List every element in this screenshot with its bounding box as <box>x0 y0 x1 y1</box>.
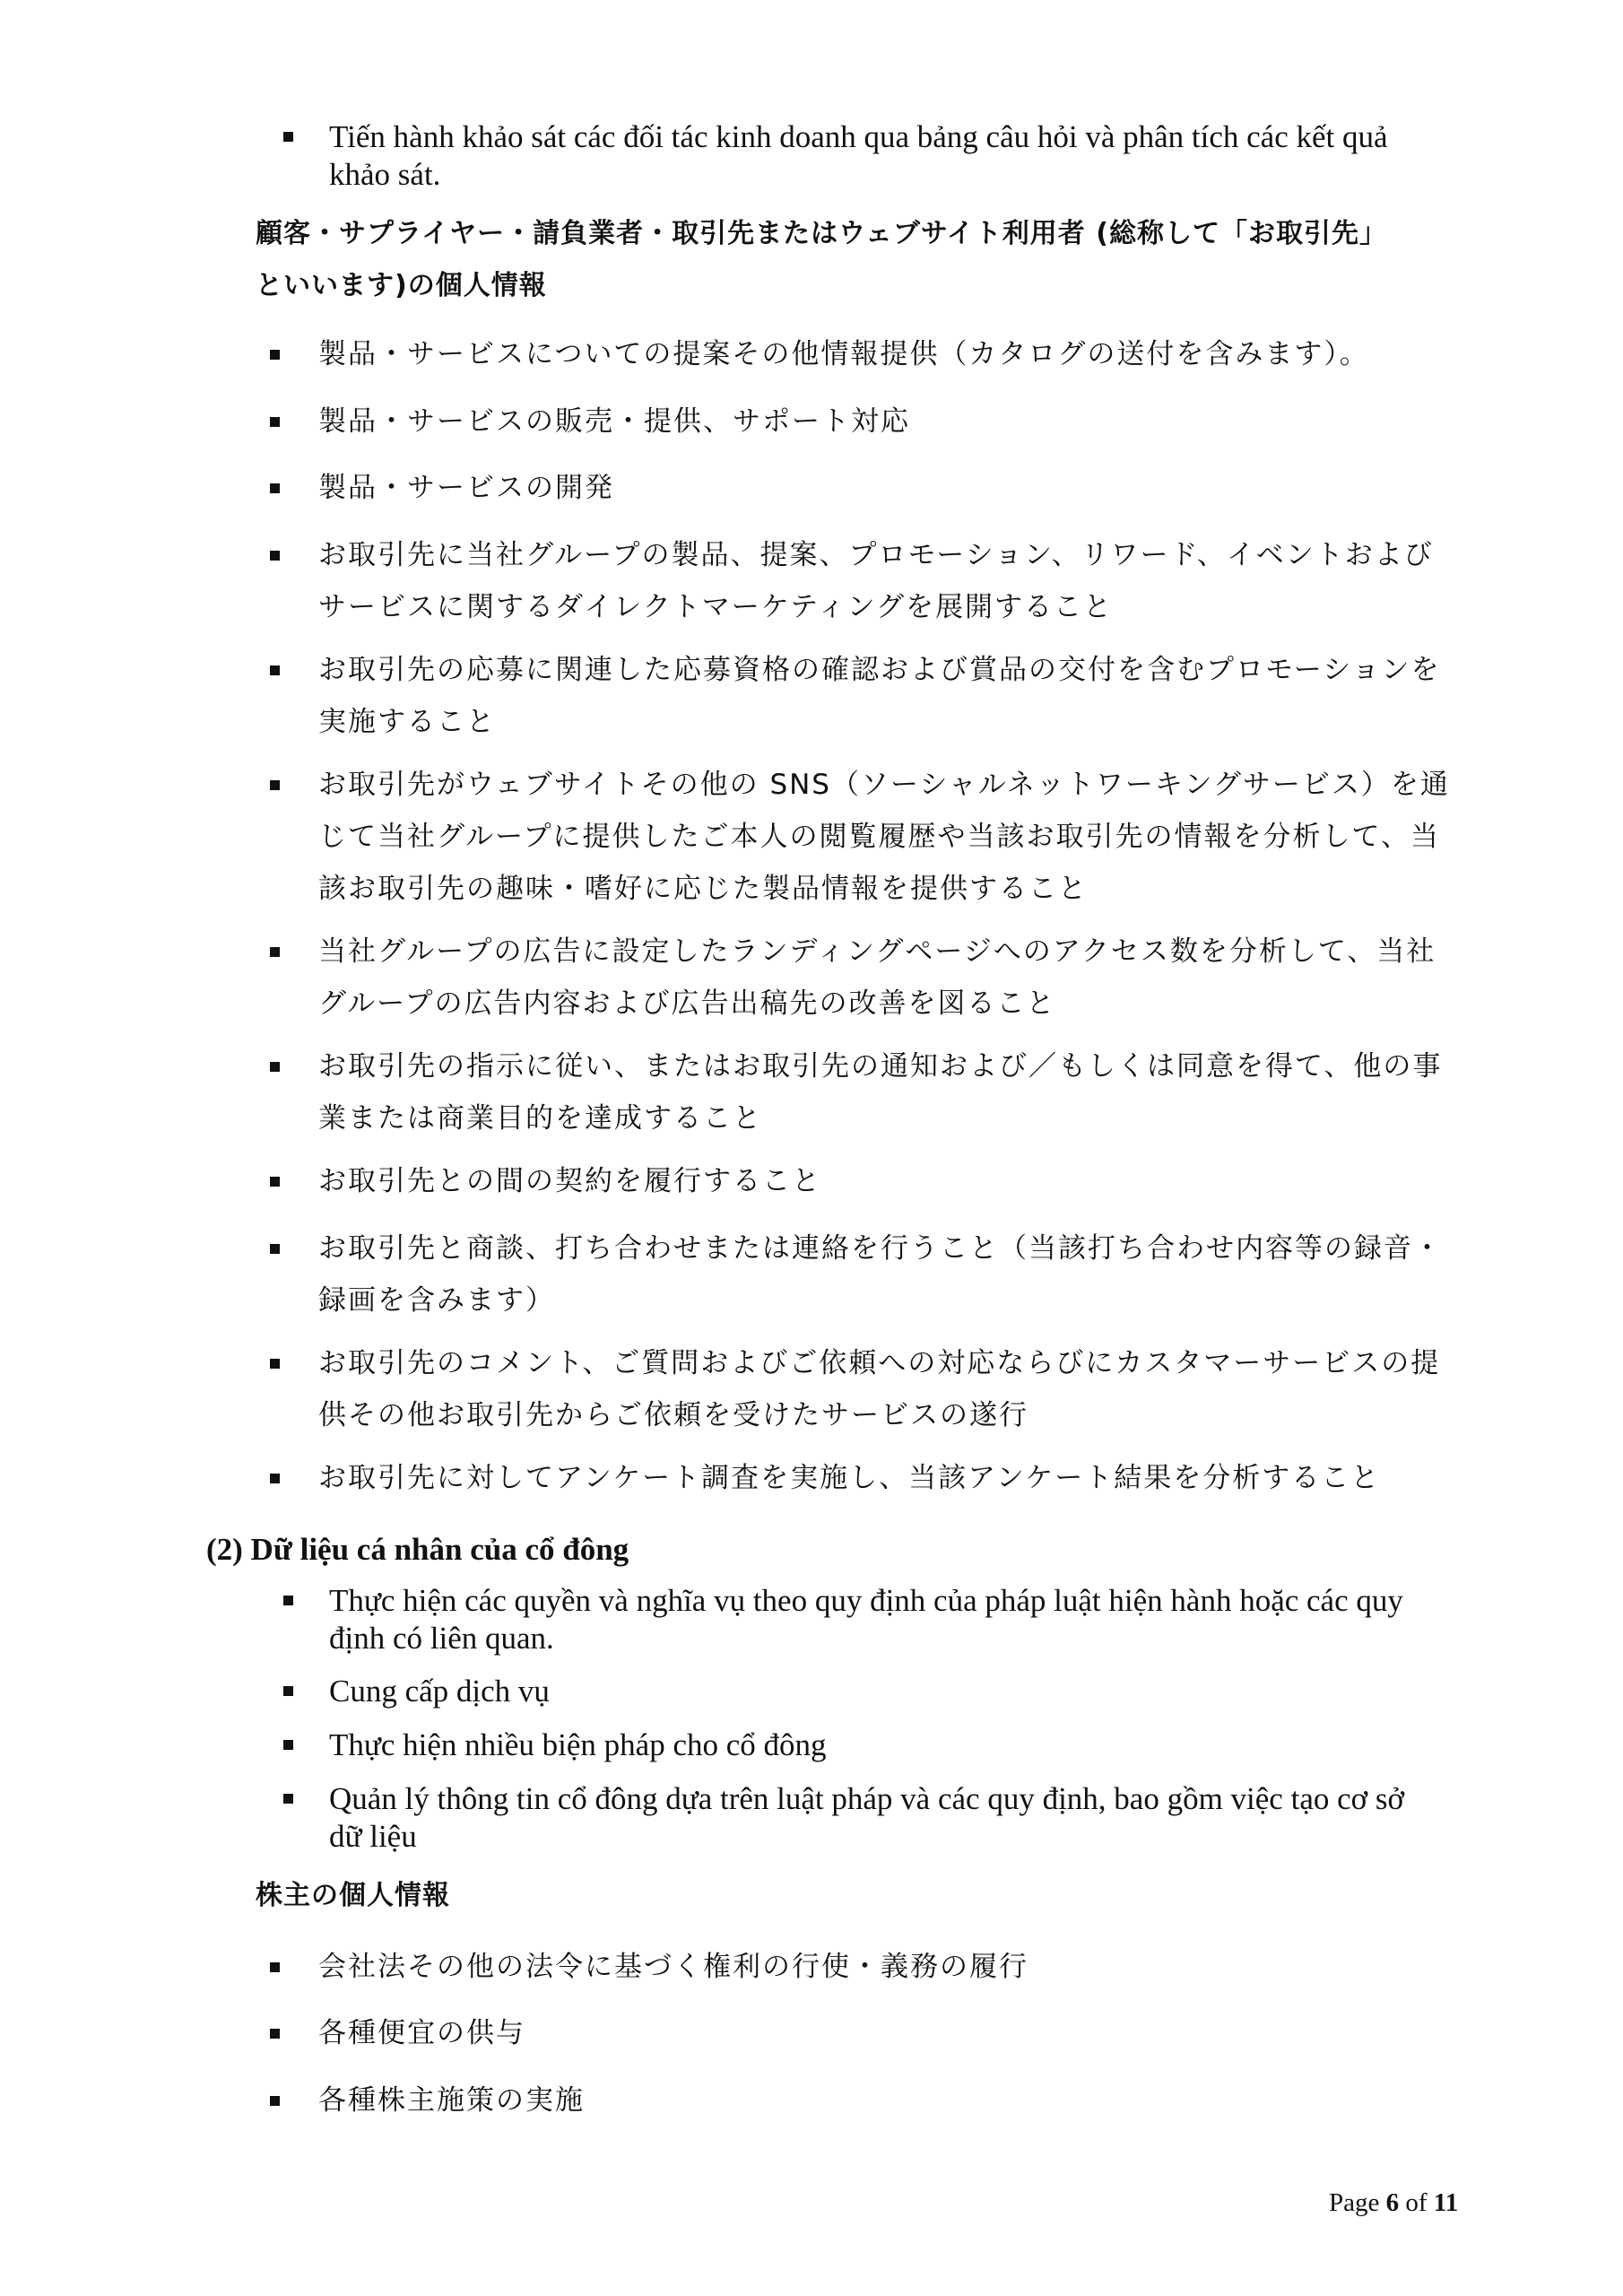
bullet-marker-icon <box>270 483 280 493</box>
text-line: khảo sát. <box>329 156 1495 194</box>
heading-text: (2) Dữ liệu cá nhân của cổ đông <box>206 1532 629 1567</box>
text-line: 各種便宜の供与 <box>318 2007 1484 2059</box>
list-item-text: Thực hiện nhiều biện pháp cho cổ đông <box>329 1726 1495 1764</box>
text-line: お取引先と商談、打ち合わせまたは連絡を行うこと（当該打ち合わせ内容等の録音・ <box>318 1222 1484 1274</box>
text-line: お取引先に対してアンケート調査を実施し、当該アンケート結果を分析すること <box>318 1452 1484 1504</box>
total-pages: 11 <box>1434 2188 1458 2217</box>
text-line: グループの広告内容および広告出稿先の改善を図ること <box>318 978 1484 1030</box>
text-line: Thực hiện các quyền và nghĩa vụ theo quy… <box>329 1582 1495 1620</box>
bullet-marker-icon <box>270 551 280 561</box>
list-item-text: 各種便宜の供与 <box>318 2007 1484 2059</box>
text-line: 当社グループの広告に設定したランディングページへのアクセス数を分析して、当社 <box>318 926 1484 978</box>
section-heading: 株主の個人情報 <box>256 1870 1511 1922</box>
text-line: お取引先のコメント、ご質問およびご依頼への対応ならびにカスタマーサービスの提 <box>318 1337 1484 1389</box>
bullet-marker-icon <box>283 132 293 142</box>
heading-line: 顧客・サプライヤー・請負業者・取引先またはウェブサイト利用者 (総称して「お取引… <box>256 208 1511 260</box>
bullet-marker-icon <box>270 1177 280 1187</box>
bullet-marker-icon <box>283 1596 293 1605</box>
bullet-marker-icon <box>270 1474 280 1483</box>
list-item-text: 製品・サービスについての提案その他情報提供（カタログの送付を含みます）。 <box>318 328 1484 380</box>
list-item-text: お取引先と商談、打ち合わせまたは連絡を行うこと（当該打ち合わせ内容等の録音・ 録… <box>318 1222 1484 1326</box>
bullet-marker-icon <box>270 350 280 360</box>
heading-text: 株主の個人情報 <box>256 1880 450 1911</box>
list-item-text: お取引先との間の契約を履行すること <box>318 1155 1484 1207</box>
list-item-text: お取引先に対してアンケート調査を実施し、当該アンケート結果を分析すること <box>318 1452 1484 1504</box>
bullet-marker-icon <box>270 1359 280 1369</box>
list-item-text: 製品・サービスの開発 <box>318 462 1484 514</box>
bullet-marker-icon <box>270 1062 280 1072</box>
bullet-marker-icon <box>270 947 280 957</box>
of-label: of <box>1405 2188 1427 2217</box>
list-item: Tiến hành khảo sát các đối tác kinh doan… <box>0 118 1623 199</box>
list-item-text: Quản lý thông tin cổ đông dựa trên luật … <box>329 1780 1495 1856</box>
bullet-marker-icon <box>270 1962 280 1972</box>
text-line: 供その他お取引先からご依頼を受けたサービスの遂行 <box>318 1389 1484 1441</box>
list-item-text: お取引先に当社グループの製品、提案、プロモーション、リワード、イベントおよび サ… <box>318 529 1484 633</box>
text-line: 製品・サービスの開発 <box>318 462 1484 514</box>
text-line: 該お取引先の趣味・嗜好に応じた製品情報を提供すること <box>318 863 1484 915</box>
bullet-marker-icon <box>270 2029 280 2039</box>
bullet-marker-icon <box>283 1794 293 1804</box>
text-line: お取引先の指示に従い、またはお取引先の通知および／もしくは同意を得て、他の事 <box>318 1040 1484 1092</box>
document-page: Tiến hành khảo sát các đối tác kinh doan… <box>0 0 1623 2296</box>
text-line: お取引先がウェブサイトその他の SNS（ソーシャルネットワーキングサービス）を通 <box>318 759 1484 811</box>
list-item-text: お取引先がウェブサイトその他の SNS（ソーシャルネットワーキングサービス）を通… <box>318 759 1484 915</box>
text-line: お取引先に当社グループの製品、提案、プロモーション、リワード、イベントおよび <box>318 529 1484 581</box>
page-number: Page 6 of 11 <box>1329 2188 1458 2218</box>
list-item-text: Tiến hành khảo sát các đối tác kinh doan… <box>329 118 1495 194</box>
text-line: お取引先との間の契約を履行すること <box>318 1155 1484 1207</box>
text-line: Cung cấp dịch vụ <box>329 1673 1495 1710</box>
page-label: Page <box>1329 2188 1379 2217</box>
list-item-text: 製品・サービスの販売・提供、サポート対応 <box>318 396 1484 448</box>
text-line: サービスに関するダイレクトマーケティングを展開すること <box>318 581 1484 633</box>
bullet-marker-icon <box>283 1740 293 1750</box>
current-page: 6 <box>1386 2188 1400 2217</box>
bullet-marker-icon <box>270 1244 280 1254</box>
section-heading: (2) Dữ liệu cá nhân của cổ đông <box>206 1531 1462 1569</box>
section-heading: 顧客・サプライヤー・請負業者・取引先またはウェブサイト利用者 (総称して「お取引… <box>256 208 1511 312</box>
list-item-text: お取引先のコメント、ご質問およびご依頼への対応ならびにカスタマーサービスの提 供… <box>318 1337 1484 1441</box>
text-line: Quản lý thông tin cổ đông dựa trên luật … <box>329 1780 1495 1818</box>
heading-line: といいます)の個人情報 <box>256 260 1511 312</box>
list-item-text: 当社グループの広告に設定したランディングページへのアクセス数を分析して、当社 グ… <box>318 926 1484 1030</box>
text-line: 各種株主施策の実施 <box>318 2074 1484 2126</box>
list-item-text: 各種株主施策の実施 <box>318 2074 1484 2126</box>
text-line: 製品・サービスについての提案その他情報提供（カタログの送付を含みます）。 <box>318 328 1484 380</box>
bullet-marker-icon <box>283 1686 293 1696</box>
text-line: お取引先の応募に関連した応募資格の確認および賞品の交付を含むプロモーションを <box>318 644 1484 696</box>
text-line: định có liên quan. <box>329 1620 1495 1657</box>
text-line: 実施すること <box>318 696 1484 748</box>
text-line: 会社法その他の法令に基づく権利の行使・義務の履行 <box>318 1941 1484 1993</box>
text-line: じて当社グループに提供したご本人の閲覧履歴や当該お取引先の情報を分析して、当 <box>318 811 1484 863</box>
text-line: dữ liệu <box>329 1818 1495 1856</box>
bullet-marker-icon <box>270 780 280 790</box>
text-line: 録画を含みます） <box>318 1274 1484 1326</box>
bullet-marker-icon <box>270 417 280 427</box>
text-line: Thực hiện nhiều biện pháp cho cổ đông <box>329 1726 1495 1764</box>
bullet-marker-icon <box>270 2096 280 2106</box>
text-line: 製品・サービスの販売・提供、サポート対応 <box>318 396 1484 448</box>
bullet-marker-icon <box>270 665 280 675</box>
list-item-text: Thực hiện các quyền và nghĩa vụ theo quy… <box>329 1582 1495 1657</box>
text-line: 業または商業目的を達成すること <box>318 1092 1484 1144</box>
list-item-text: お取引先の応募に関連した応募資格の確認および賞品の交付を含むプロモーションを 実… <box>318 644 1484 748</box>
list-item-text: お取引先の指示に従い、またはお取引先の通知および／もしくは同意を得て、他の事 業… <box>318 1040 1484 1144</box>
list-item-text: Cung cấp dịch vụ <box>329 1673 1495 1710</box>
text-line: Tiến hành khảo sát các đối tác kinh doan… <box>329 118 1495 156</box>
list-item-text: 会社法その他の法令に基づく権利の行使・義務の履行 <box>318 1941 1484 1993</box>
